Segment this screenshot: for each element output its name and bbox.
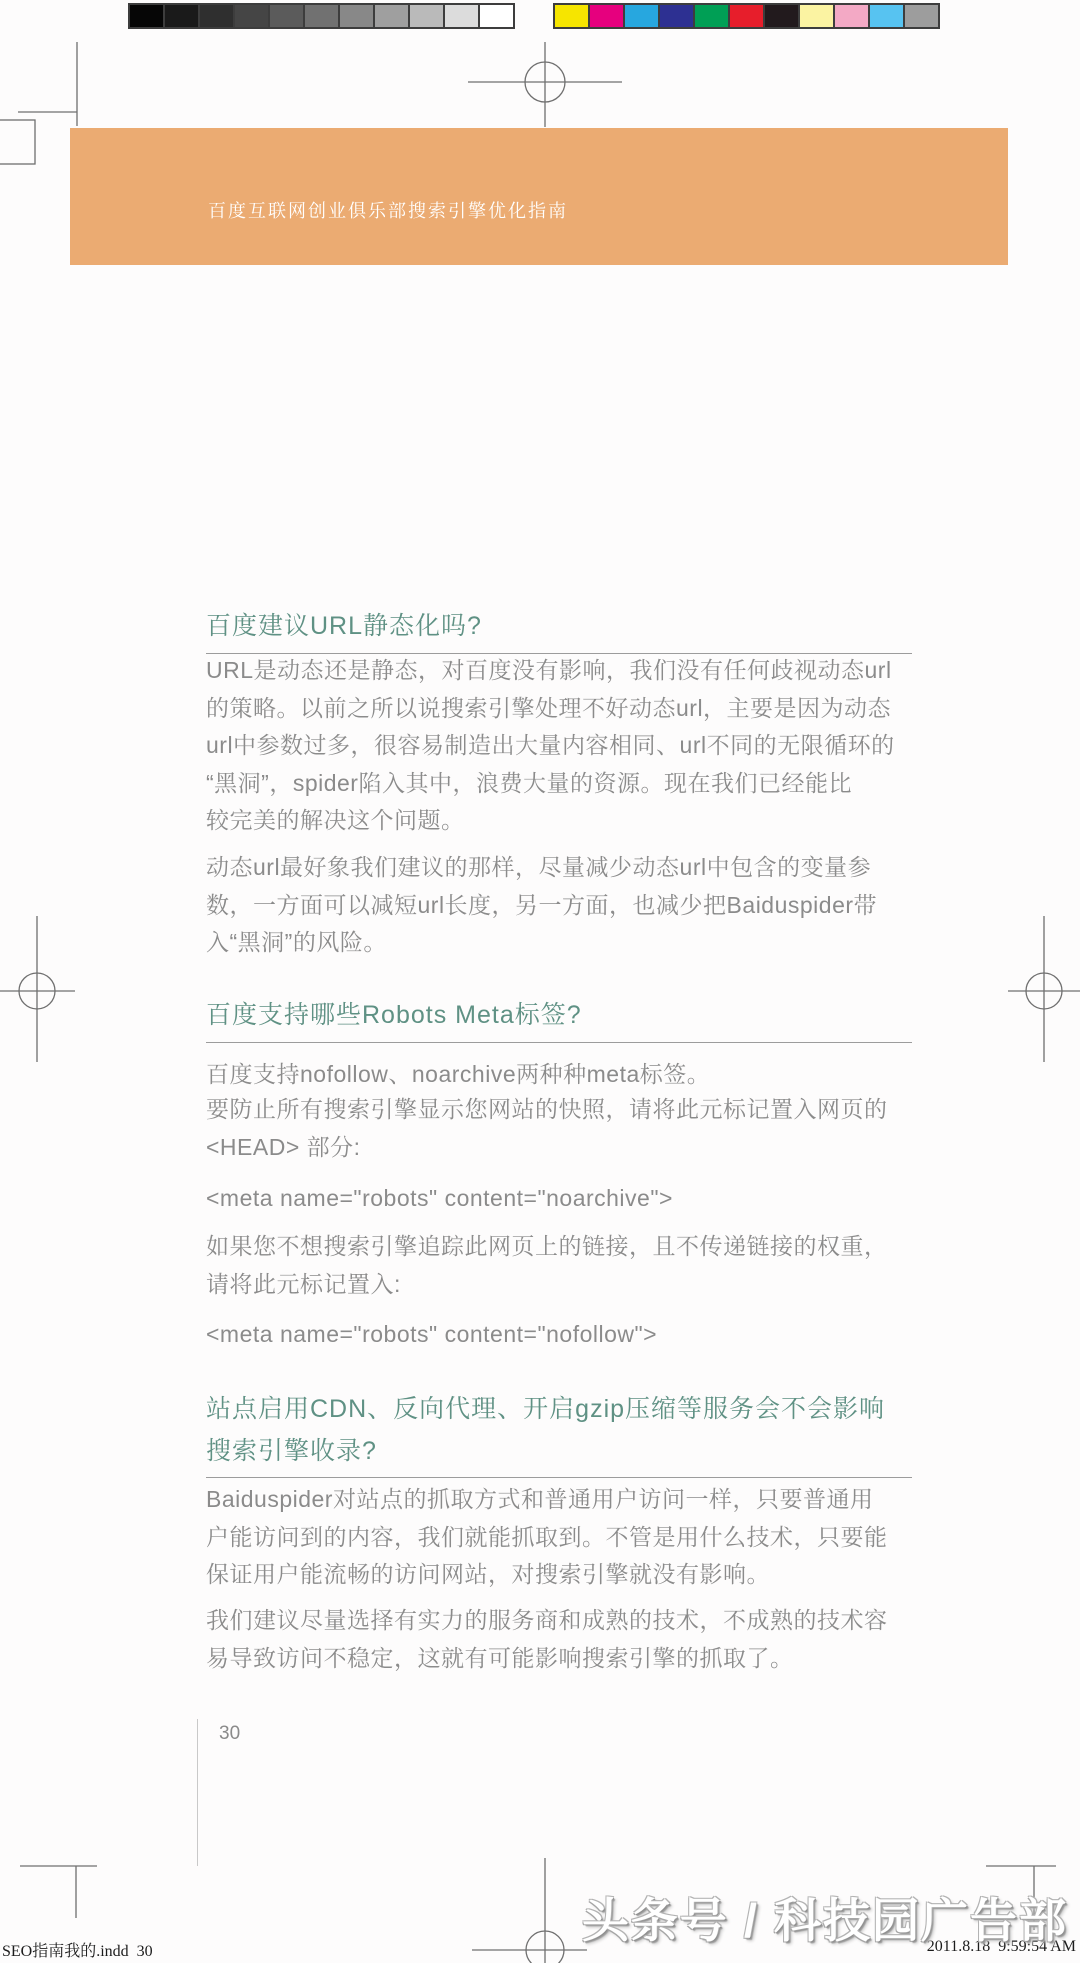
crop-mark-top-left: [0, 42, 77, 164]
crop-mark-bottom-left: [20, 1866, 97, 1918]
calibration-swatch: [198, 3, 235, 29]
calibration-swatch: [303, 3, 340, 29]
calibration-swatch: [693, 3, 730, 29]
calibration-swatch: [408, 3, 445, 29]
paragraph: 百度支持nofollow、noarchive两种种meta标签。: [206, 1056, 912, 1094]
paragraph: 如果您不想搜索引擎追踪此网页上的链接，且不传递链接的权重， 请将此元标记置入:: [206, 1228, 912, 1303]
header-band: 百度互联网创业俱乐部搜索引擎优化指南: [70, 128, 1008, 265]
calibration-swatch: [373, 3, 410, 29]
registration-mark-right: [1008, 916, 1080, 1062]
paragraph: 动态url最好象我们建议的那样，尽量减少动态url中包含的变量参 数，一方面可以…: [206, 849, 912, 962]
calibration-swatch: [833, 3, 870, 29]
calibration-swatch: [163, 3, 200, 29]
section-heading-cdn-gzip: 站点启用CDN、反向代理、开启gzip压缩等服务会不会影响 搜索引擎收录?: [206, 1388, 912, 1478]
registration-mark-left: [0, 916, 75, 1062]
calibration-swatch: [268, 3, 305, 29]
calibration-swatch: [233, 3, 270, 29]
calibration-swatch: [588, 3, 625, 29]
calibration-swatch: [128, 3, 165, 29]
calibration-swatch: [338, 3, 375, 29]
page-number: 30: [219, 1723, 240, 1745]
print-file-info: SEO指南我的.indd 30: [2, 1938, 153, 1961]
calibration-swatch: [903, 3, 940, 29]
code-line-nofollow: <meta name="robots" content="nofollow">: [206, 1316, 912, 1354]
paragraph: Baiduspider对站点的抓取方式和普通用户访问一样，只要普通用 户能访问到…: [206, 1481, 912, 1594]
calibration-swatch: [658, 3, 695, 29]
calibration-swatch: [623, 3, 660, 29]
calibration-swatch: [868, 3, 905, 29]
watermark-text: 头条号 / 科技园广告部: [582, 1884, 1068, 1951]
calibration-swatch: [478, 3, 515, 29]
color-calibration-bar: [553, 3, 940, 29]
calibration-swatch: [728, 3, 765, 29]
registration-mark-top-center: [468, 42, 622, 127]
calibration-swatch: [443, 3, 480, 29]
section-heading-robots-meta: 百度支持哪些Robots Meta标签?: [206, 995, 912, 1043]
page-number-rule: [197, 1719, 198, 1866]
calibration-swatch: [763, 3, 800, 29]
document-title: 百度互联网创业俱乐部搜索引擎优化指南: [208, 197, 568, 223]
section-heading-url-static: 百度建议URL静态化吗?: [206, 606, 912, 654]
paragraph: 要防止所有搜索引擎显示您网站的快照，请将此元标记置入网页的 <HEAD> 部分:: [206, 1091, 912, 1166]
calibration-swatch: [553, 3, 590, 29]
scanned-document-page: 百度互联网创业俱乐部搜索引擎优化指南 百度建议URL静态化吗? URL是动态还是…: [0, 0, 1080, 1963]
grayscale-calibration-bar: [128, 3, 515, 29]
paragraph: URL是动态还是静态，对百度没有影响，我们没有任何歧视动态url 的策略。以前之…: [206, 652, 912, 840]
registration-mark-bottom-center: [472, 1858, 587, 1963]
code-line-noarchive: <meta name="robots" content="noarchive">: [206, 1180, 912, 1218]
paragraph: 我们建议尽量选择有实力的服务商和成熟的技术，不成熟的技术容 易导致访问不稳定，这…: [206, 1602, 912, 1677]
calibration-swatch: [798, 3, 835, 29]
